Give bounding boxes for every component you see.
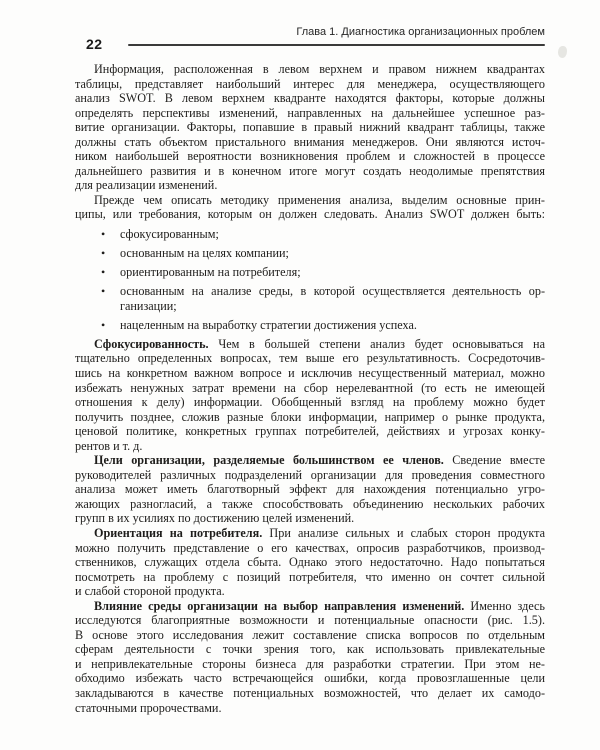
text-line: получить позднее, сложив разные блоки ин…: [75, 410, 545, 425]
text-line: рентов и т. д.: [75, 439, 545, 454]
text-line: сферам деятельности с точки зрения того,…: [75, 642, 545, 657]
header-rule: [128, 44, 545, 46]
text-line: Цели организации, разделяемые большинств…: [75, 453, 545, 468]
text-line: шись на конкретном важном вопросе и искл…: [75, 366, 545, 381]
text-line: посмотреть на проблему с позиций потреби…: [75, 570, 545, 585]
text-line: обходимо избежать часто встречающейся ош…: [75, 671, 545, 686]
running-header: Глава 1. Диагностика организационных про…: [296, 26, 545, 38]
text-line: ганизации;: [120, 299, 545, 314]
bullet-icon: •: [101, 227, 105, 242]
bullet-item: •сфокусированным;: [75, 227, 545, 242]
text-line: основанным на анализе среды, в которой о…: [120, 284, 545, 299]
text-line: тщательно определенных вопросах, тем выш…: [75, 351, 545, 366]
bullet-icon: •: [101, 318, 105, 333]
text-line: основанным на целях компании;: [120, 246, 545, 261]
paragraph: Информация, расположенная в левом верхне…: [75, 62, 545, 193]
text-line: должны стать объектом пристального внима…: [75, 135, 545, 150]
text-line: и непривлекательные стороны бизнеса для …: [75, 657, 545, 672]
text-line: закладываются в качестве потенциальных в…: [75, 686, 545, 701]
text-line: руководителей различных подразделений ор…: [75, 468, 545, 483]
text-line: Информация, расположенная в левом верхне…: [75, 62, 545, 77]
text-line: отношения к делу) информации. Обобщенный…: [75, 395, 545, 410]
text-line: ципы, или требования, которым он должен …: [75, 207, 545, 222]
text-line: ственников, служащих отдела сбыта. Однак…: [75, 555, 545, 570]
text-line: анализ SWOT. В левом верхнем квадранте н…: [75, 91, 545, 106]
text-line: групп в их усилиях по достижению целей и…: [75, 511, 545, 526]
scan-artifact: [558, 46, 567, 58]
bullet-icon: •: [101, 265, 105, 280]
text-line: витие организации. Факторы, попавшие в п…: [75, 120, 545, 135]
paragraph: Цели организации, разделяемые большинств…: [75, 453, 545, 526]
text-line: и слабой стороной продукта.: [75, 584, 545, 599]
text-line: Влияние среды организации на выбор напра…: [75, 599, 545, 614]
text-line: для реализации изменений.: [75, 178, 545, 193]
book-page: 22 Глава 1. Диагностика организационных …: [0, 0, 600, 750]
text-line: статочными пророчествами.: [75, 701, 545, 716]
text-line: Сфокусированность. Чем в большей степени…: [75, 337, 545, 352]
paragraph: Ориентация на потребителя. При анализе с…: [75, 526, 545, 599]
text-line: В основе этого исследования лежит состав…: [75, 628, 545, 643]
text-line: Ориентация на потребителя. При анализе с…: [75, 526, 545, 541]
text-line: ценовой политике, конкретных группах пот…: [75, 424, 545, 439]
paragraph: Сфокусированность. Чем в большей степени…: [75, 337, 545, 453]
text-line: ником наибольшей вероятности возникновен…: [75, 149, 545, 164]
text-line: анализа может иметь благотворный эффект …: [75, 482, 545, 497]
page-number: 22: [86, 36, 103, 52]
paragraph: Влияние среды организации на выбор напра…: [75, 599, 545, 715]
bullet-item: •нацеленным на выработку стратегии дости…: [75, 318, 545, 333]
text-line: избежать ненужных затрат времени на сбор…: [75, 381, 545, 396]
bullet-item: •основанным на анализе среды, в которой …: [75, 284, 545, 313]
bullet-item: •основанным на целях компании;: [75, 246, 545, 261]
body-text: Информация, расположенная в левом верхне…: [75, 62, 545, 715]
bullet-icon: •: [101, 284, 105, 299]
text-line: Прежде чем описать методику применения а…: [75, 193, 545, 208]
text-line: сфокусированным;: [120, 227, 545, 242]
text-line: дальнейшего развития и в конечном итоге …: [75, 164, 545, 179]
text-line: ориентированным на потребителя;: [120, 265, 545, 280]
text-line: жающих разногласий, а также способствова…: [75, 497, 545, 512]
text-line: можно получить представление о его качес…: [75, 541, 545, 556]
paragraph: Прежде чем описать методику применения а…: [75, 193, 545, 222]
bullet-icon: •: [101, 246, 105, 261]
bullet-item: •ориентированным на потребителя;: [75, 265, 545, 280]
text-line: таблицы, представляет наибольший интерес…: [75, 77, 545, 92]
text-line: исследуются благоприятные возможности и …: [75, 613, 545, 628]
text-line: нацеленным на выработку стратегии достиж…: [120, 318, 545, 333]
text-line: определять перспективы изменений, направ…: [75, 106, 545, 121]
